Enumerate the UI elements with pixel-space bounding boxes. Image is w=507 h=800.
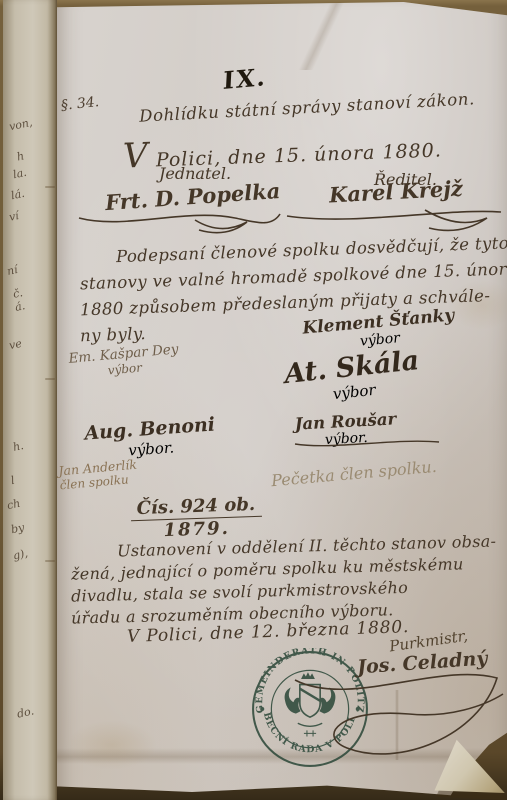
- member-signature: Pečetka člen spolku.: [270, 457, 437, 490]
- member-signature: Jan Anderlík člen spolku: [58, 457, 139, 493]
- margin-text-fragment: ve: [8, 337, 23, 352]
- file-number-block: Čís. 924 ob. 1879.: [130, 494, 262, 543]
- document-page: IX. §. 34. Dohlídku státní správy stanov…: [57, 0, 507, 800]
- fold-mark: [45, 560, 55, 562]
- margin-text-fragment: g),: [12, 547, 29, 563]
- signature-flourish: [293, 436, 443, 452]
- margin-text-fragment: lá.: [10, 187, 26, 203]
- role-label-jednatel: Jednatel.: [159, 164, 231, 183]
- margin-text-fragment: ní: [6, 263, 19, 278]
- member-role: člen spolku.: [339, 457, 438, 484]
- photo-of-document: von, h la. lá. ví ní č. á. ve h. l ch by…: [0, 0, 507, 800]
- margin-text-fragment: by: [10, 521, 26, 536]
- member-signature: Aug. Benoni výbor.: [84, 413, 217, 462]
- signature-flourish: [285, 200, 505, 234]
- margin-text-fragment: von,: [8, 116, 34, 134]
- margin-text-fragment: l: [10, 474, 16, 487]
- fold-mark: [45, 378, 55, 380]
- stamp-ornament-left: [260, 707, 264, 711]
- paper-crease: [277, 0, 367, 70]
- previous-page-edge: von, h la. lá. ví ní č. á. ve h. l ch by…: [3, 0, 57, 800]
- member-name: Pečetka: [270, 466, 335, 490]
- margin-text-fragment: h.: [12, 439, 25, 454]
- resolution-paragraph: Ustanovení v oddělení II. těchto stanov …: [71, 536, 503, 624]
- margin-text-fragment: h: [16, 149, 26, 163]
- margin-text-fragment: á.: [14, 299, 27, 314]
- margin-text-fragment: ch: [6, 497, 22, 512]
- paragraph-mark: §. 34.: [60, 94, 100, 114]
- member-signature: At. Skála výbor: [283, 345, 423, 408]
- margin-text-fragment: do.: [16, 704, 35, 720]
- section-numeral: IX.: [222, 62, 268, 95]
- law-line: Dohlídku státní správy stanoví zákon.: [139, 89, 476, 126]
- margin-text-fragment: la.: [12, 166, 28, 182]
- signature-flourish: [75, 206, 285, 234]
- paper-stain: [67, 720, 157, 770]
- file-number: Čís. 924 ob.: [130, 494, 261, 522]
- fold-mark: [45, 186, 55, 188]
- margin-text-fragment: ví: [8, 209, 20, 224]
